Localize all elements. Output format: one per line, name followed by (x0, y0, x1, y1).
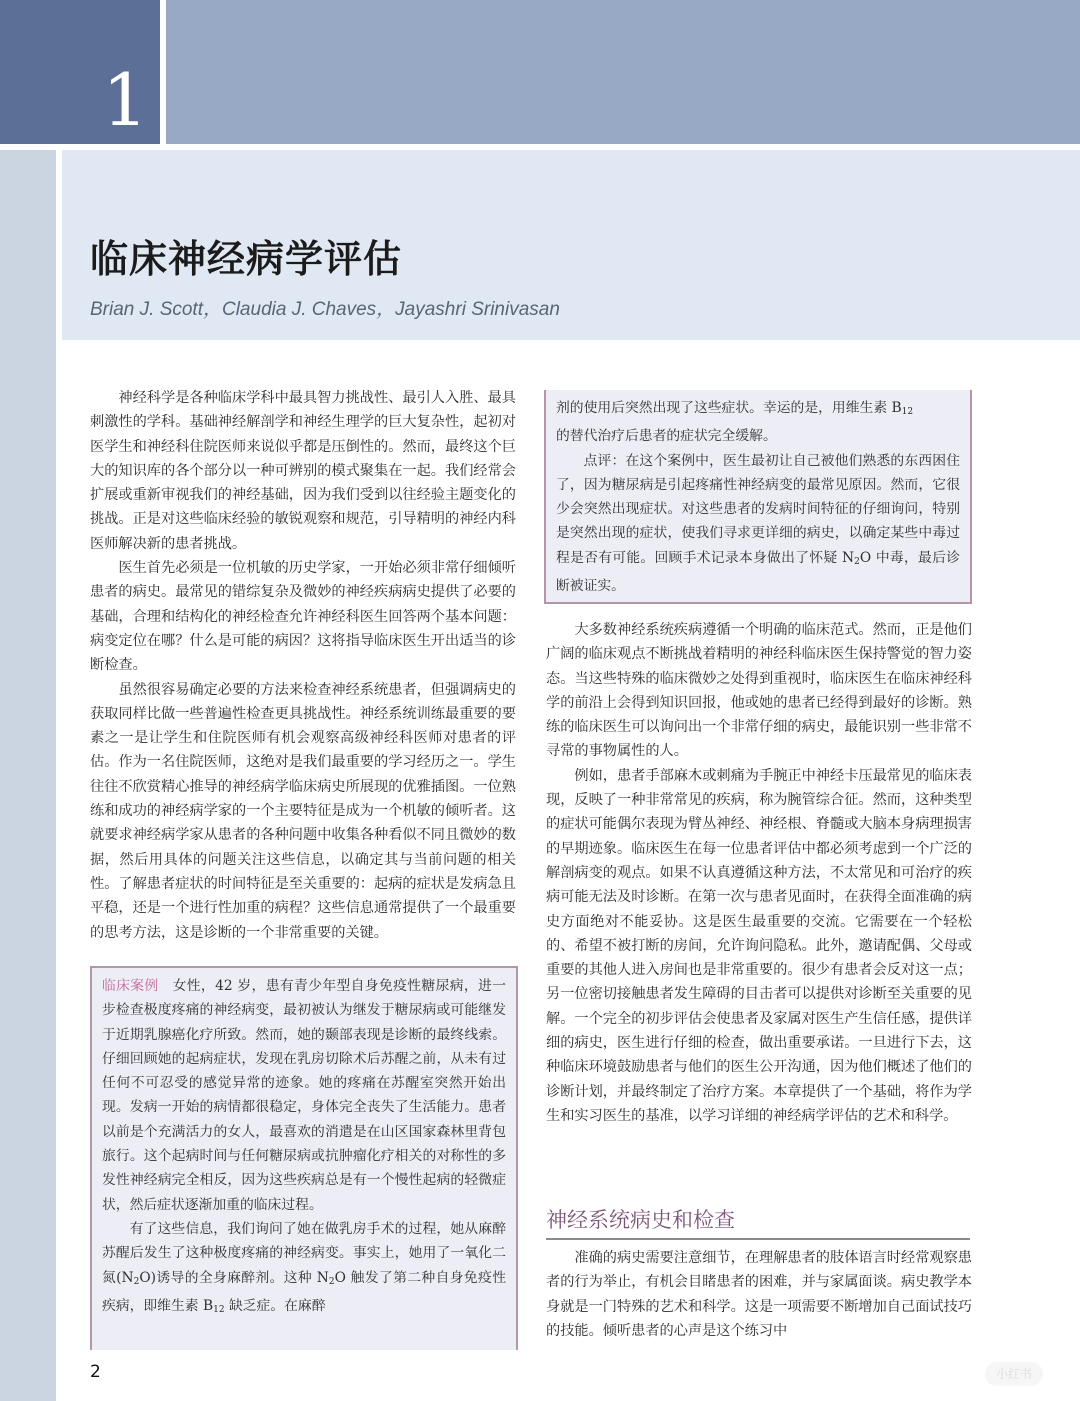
chapter-number: 1 (102, 64, 148, 136)
case-paragraph: 临床案例女性，42 岁，患有青少年型自身免疫性糖尿病，进一步检查极度疼痛的神经病… (102, 974, 506, 1217)
case-text: O)诱导的全身麻醉剂。这种 N (139, 1270, 329, 1286)
case-text: 缺乏症。在麻醉 (225, 1298, 326, 1314)
section-body: 准确的病史需要注意细节，在理解患者的肢体语言时经常观察患者的行为举止，有机会目睹… (546, 1246, 972, 1343)
chapter-number-box: 1 (0, 0, 160, 144)
chapter-authors: Brian J. Scott，Claudia J. Chaves，Jayashr… (90, 294, 560, 321)
page-number: 2 (90, 1362, 101, 1382)
body-paragraph: 虽然很容易确定必要的方法来检查神经系统患者，但强调病史的获取同样比做一些普遍性检… (90, 678, 516, 945)
case-paragraph: 有了这些信息，我们询问了她在做乳房手术的过程，她从麻醉苏醒后发生了这种极度疼痛的… (102, 1217, 506, 1322)
right-column-body: 大多数神经系统疾病遵循一个明确的临床范式。然而，正是他们广阔的临床观点不断挑战着… (546, 618, 972, 1128)
clinical-case-label: 临床案例 (102, 978, 159, 994)
clinical-case-box-part2: 剂的使用后突然出现了这些症状。幸运的是，用维生素 B12的替代治疗后患者的症状完… (544, 390, 972, 604)
subscript: 12 (902, 407, 913, 417)
subscript: 12 (213, 1305, 224, 1315)
section-heading: 神经系统病史和检查 (546, 1204, 970, 1240)
case-text: 剂的使用后突然出现了这些症状。幸运的是，用维生素 B (556, 400, 902, 416)
body-paragraph: 准确的病史需要注意细节，在理解患者的肢体语言时经常观察患者的行为举止，有机会目睹… (546, 1246, 972, 1343)
case-commentary: 点评：在这个案例中，医生最初让自己被他们熟悉的东西困住了，因为糖尿病是引起疼痛性… (556, 449, 960, 599)
body-paragraph: 大多数神经系统疾病遵循一个明确的临床范式。然而，正是他们广阔的临床观点不断挑战着… (546, 618, 972, 764)
chapter-header-band (166, 0, 1080, 144)
case-text: 女性，42 岁，患有青少年型自身免疫性糖尿病，进一步检查极度疼痛的神经病变，最初… (102, 978, 506, 1213)
case-text: 的替代治疗后患者的症状完全缓解。 (556, 428, 777, 444)
watermark-badge: 小红书 (985, 1362, 1043, 1386)
chapter-title: 临床神经病学评估 (90, 228, 402, 283)
header-divider (160, 0, 166, 144)
case-paragraph: 剂的使用后突然出现了这些症状。幸运的是，用维生素 B12的替代治疗后患者的症状完… (556, 396, 960, 449)
body-paragraph: 例如，患者手部麻木或刺痛为手腕正中神经卡压最常见的临床表现，反映了一种非常常见的… (546, 764, 972, 1128)
left-column-body: 神经科学是各种临床学科中最具智力挑战性、最引人入胜、最具刺激性的学科。基础神经解… (90, 386, 516, 945)
body-paragraph: 医生首先必须是一位机敏的历史学家，一开始必须非常仔细倾听患者的病史。最常见的错综… (90, 556, 516, 677)
clinical-case-box-part1: 临床案例女性，42 岁，患有青少年型自身免疫性糖尿病，进一步检查极度疼痛的神经病… (90, 966, 518, 1350)
left-margin-strip (0, 150, 56, 1401)
body-paragraph: 神经科学是各种临床学科中最具智力挑战性、最引人入胜、最具刺激性的学科。基础神经解… (90, 386, 516, 556)
